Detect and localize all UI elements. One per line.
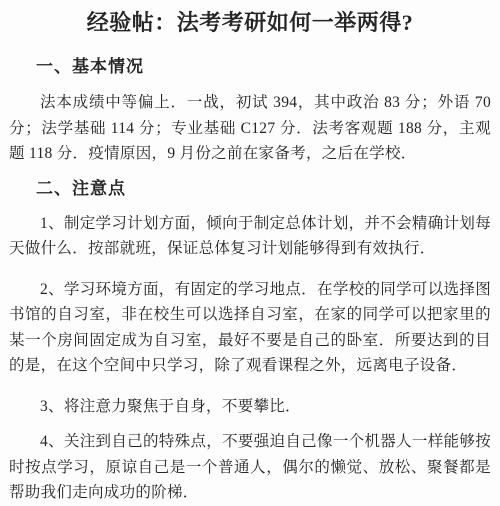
section-heading-notes: 二、注意点 <box>36 177 491 201</box>
document-title: 经验帖：法考考研如何一举两得? <box>9 8 491 38</box>
section-heading-basic-info: 一、基本情况 <box>36 55 491 79</box>
paragraph-note-2-study-environment: 2、学习环境方面，有固定的学习地点．在学校的同学可以选择图书馆的自习室，非在校生… <box>9 277 491 379</box>
paragraph-note-1-study-plan: 1、制定学习计划方面，倾向于制定总体计划，并不会精确计划每天做什么．按部就班，保… <box>9 211 491 262</box>
document-page: 经验帖：法考考研如何一举两得? 一、基本情况 法本成绩中等偏上．一战，初试 39… <box>0 8 500 506</box>
paragraph-note-3-focus-on-self: 3、将注意力聚焦于自身，不要攀比． <box>9 394 491 420</box>
paragraph-exam-scores: 法本成绩中等偏上．一战，初试 394，其中政治 83 分；外语 70 分；法学基… <box>9 90 491 167</box>
paragraph-note-4-be-kind-to-yourself: 4、关注到自己的特殊点，不要强迫自己像一个机器人一样能够按时按点学习，原谅自己是… <box>9 429 491 506</box>
